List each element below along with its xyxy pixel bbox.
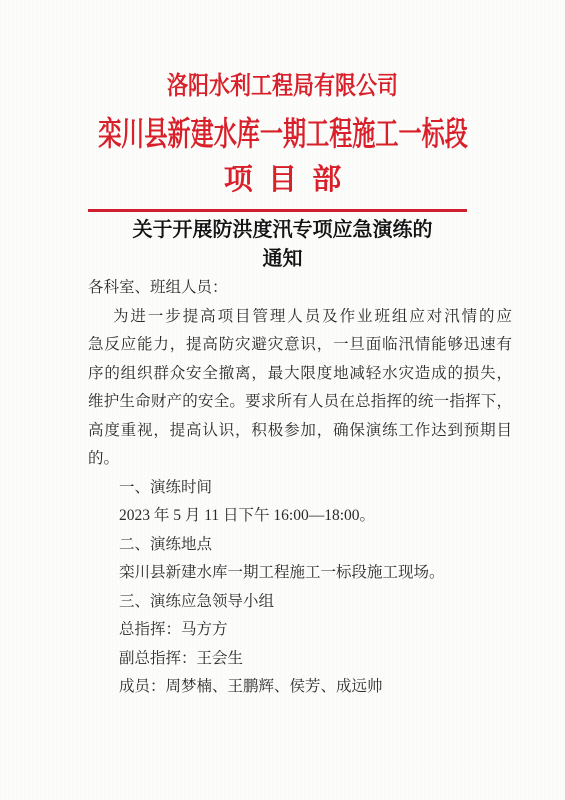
letterhead-project-name: 栾川县新建水库一期工程施工一标段 <box>0 115 565 155</box>
letterhead-department: 项 目 部 <box>0 163 565 197</box>
notice-title-line-2: 通知 <box>0 245 565 274</box>
letterhead-company-name: 洛阳水利工程局有限公司 <box>0 72 565 102</box>
paragraph-line: 急反应能力，提高防灾避灾意识，一旦面临汛情能够迅速有 <box>88 331 512 360</box>
letterhead-company-text: 洛阳水利工程局有限公司 <box>167 72 398 102</box>
section-heading-leading-group: 三、演练应急领导小组 <box>88 588 512 617</box>
section-line-drill-location: 栾川县新建水库一期工程施工一标段施工现场。 <box>88 559 512 588</box>
paragraph-line: 为进一步提高项目管理人员及作业班组应对汛情的应 <box>88 303 512 332</box>
paragraph-line: 的。 <box>88 445 512 474</box>
letterhead-project-text: 栾川县新建水库一期工程施工一标段 <box>98 115 468 155</box>
letterhead-rule-line <box>88 209 467 212</box>
paragraph-line: 维护生命财产的安全。要求所有人员在总指挥的统一指挥下， <box>88 388 512 417</box>
notice-title-line-1: 关于开展防洪度汛专项应急演练的 <box>0 216 565 245</box>
scan-artifact <box>8 0 34 3</box>
section-heading-drill-time: 一、演练时间 <box>88 474 512 503</box>
section-line-deputy-commander: 副总指挥：王会生 <box>88 645 512 674</box>
paragraph-line: 序的组织群众安全撤离，最大限度地减轻水灾造成的损失， <box>88 360 512 389</box>
notice-body: 各科室、班组人员： 为进一步提高项目管理人员及作业班组应对汛情的应 急反应能力，… <box>88 274 512 702</box>
section-line-members: 成员：周梦楠、王鹏辉、侯芳、成远帅 <box>88 673 512 702</box>
salutation: 各科室、班组人员： <box>88 274 512 303</box>
section-line-chief-commander: 总指挥：马方方 <box>88 616 512 645</box>
notice-title: 关于开展防洪度汛专项应急演练的 通知 <box>0 216 565 274</box>
paragraph-line: 高度重视，提高认识，积极参加，确保演练工作达到预期目 <box>88 417 512 446</box>
section-heading-drill-location: 二、演练地点 <box>88 531 512 560</box>
section-line-drill-time: 2023 年 5 月 11 日下午 16:00—18:00。 <box>88 502 512 531</box>
scanned-notice-page: 洛阳水利工程局有限公司 栾川县新建水库一期工程施工一标段 项 目 部 关于开展防… <box>0 0 565 800</box>
